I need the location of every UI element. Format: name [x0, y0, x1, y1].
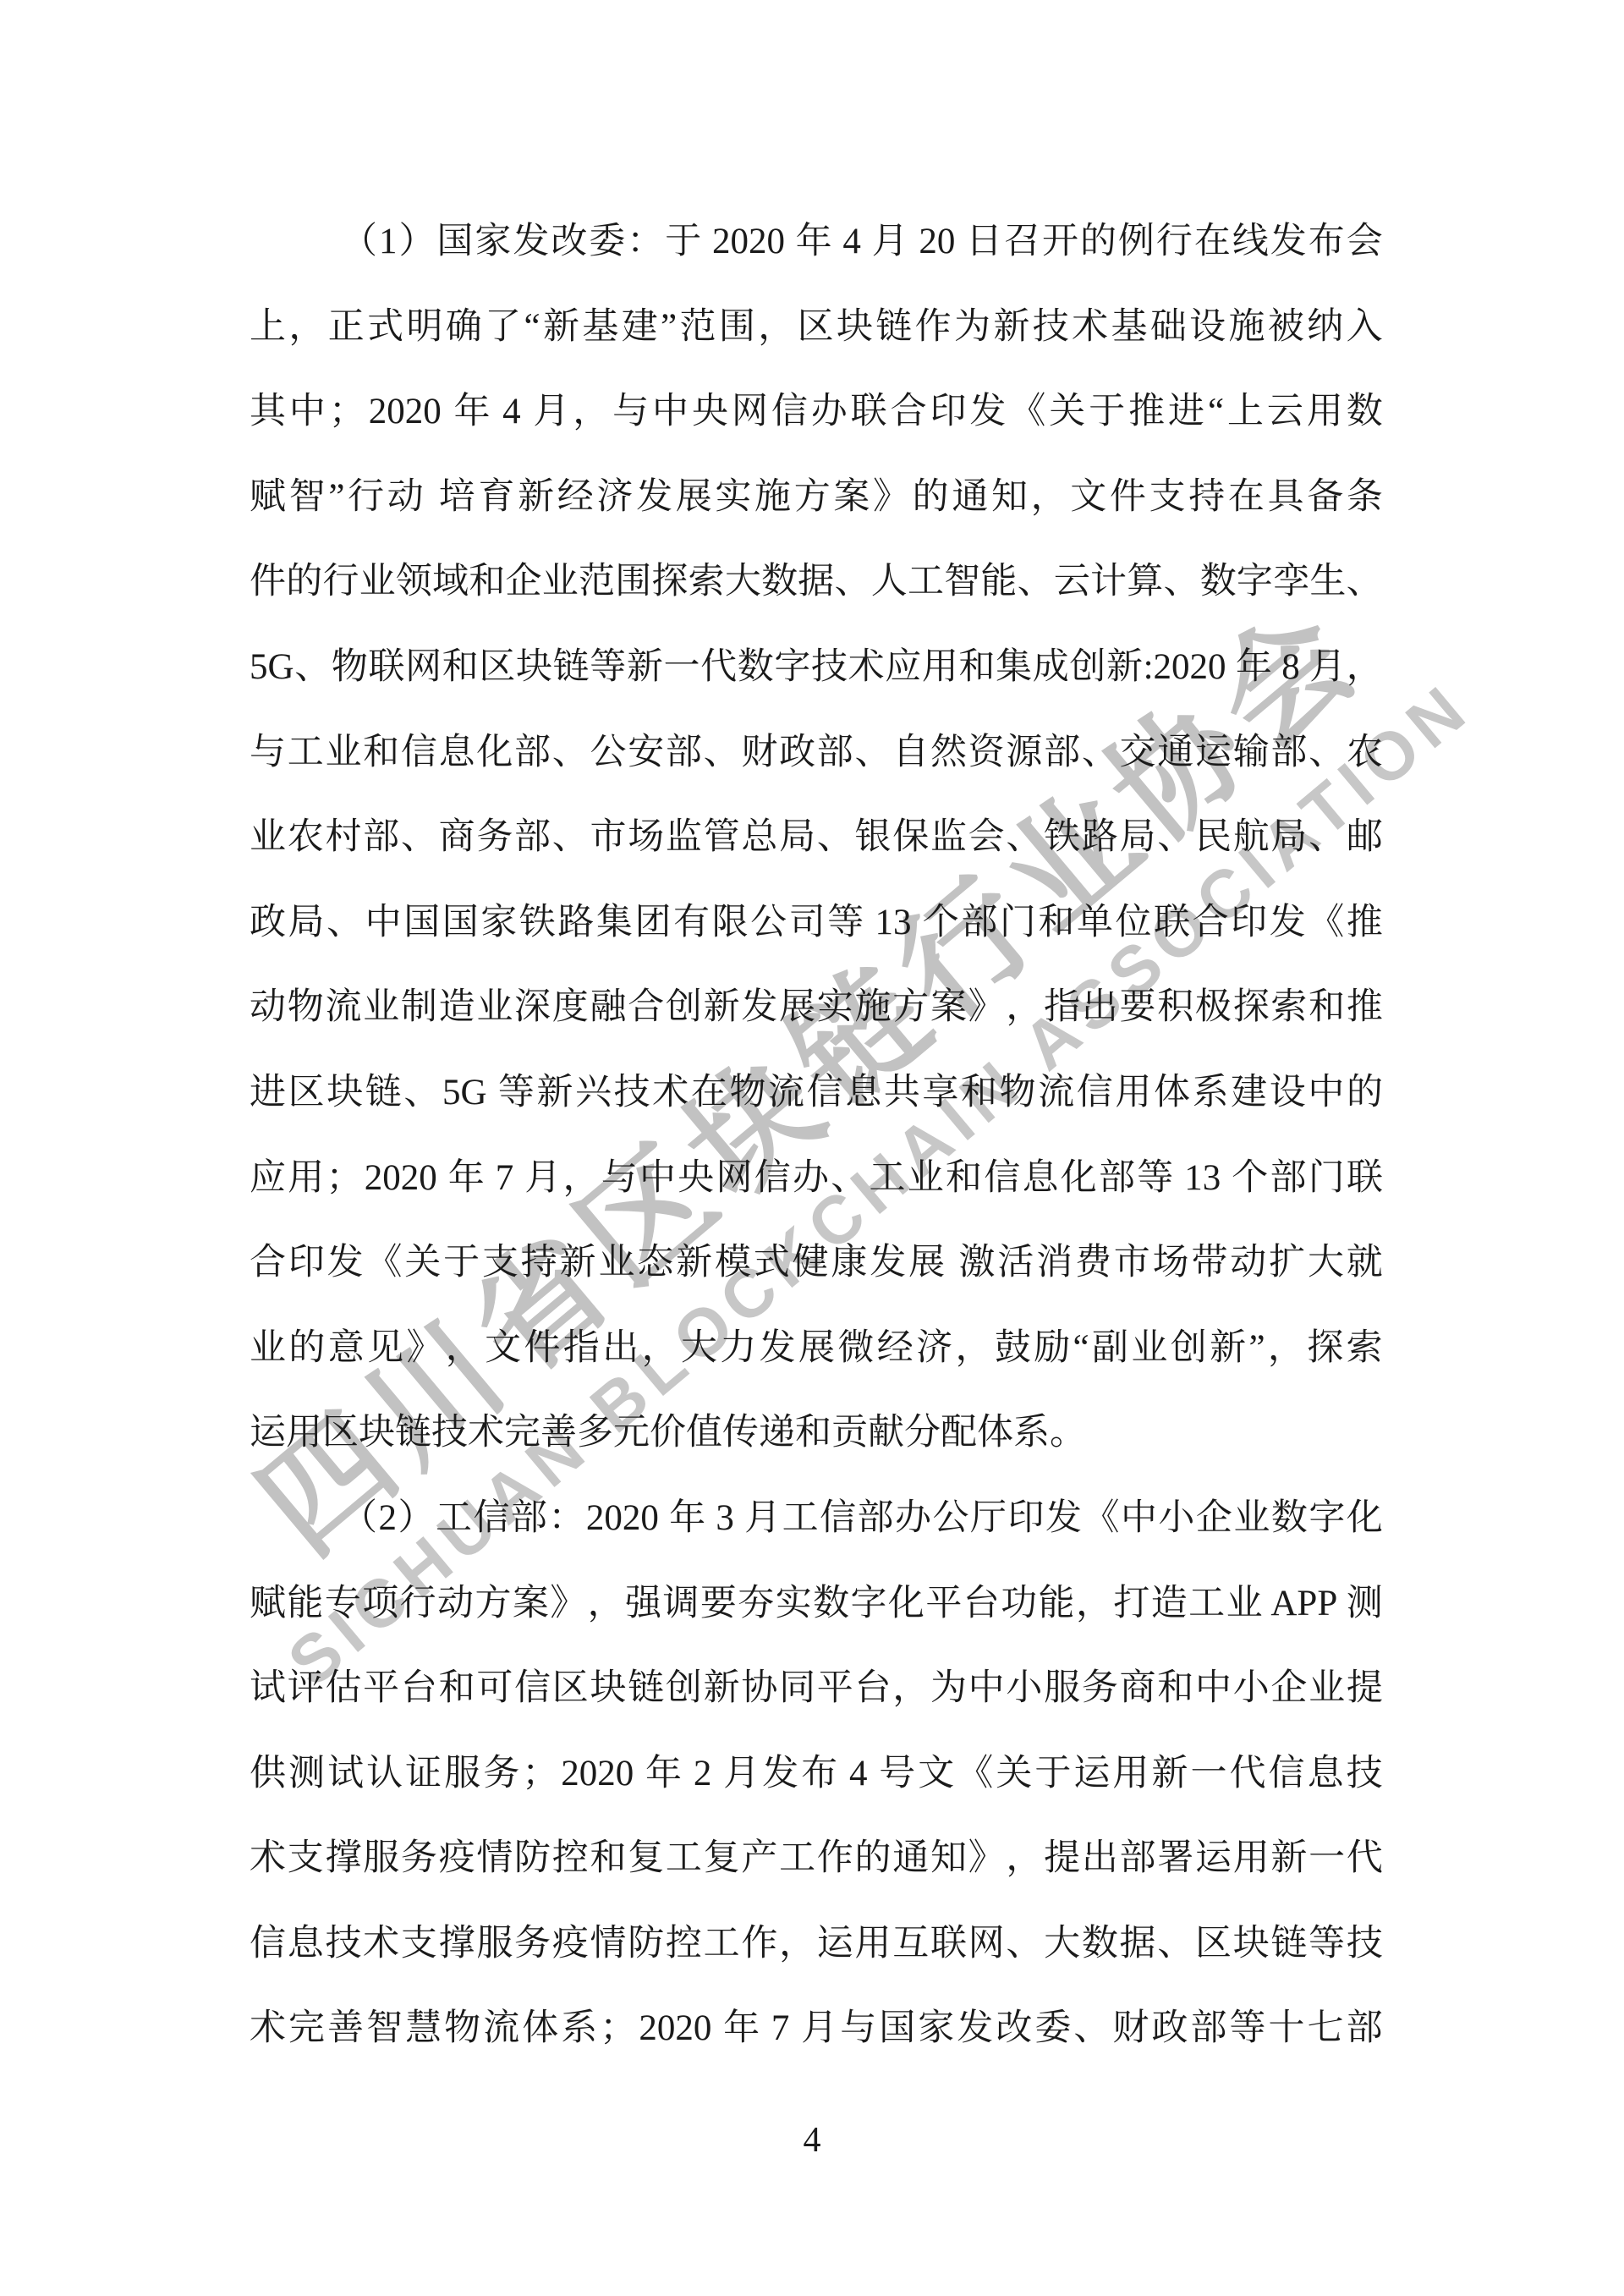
body-line: 上，正式明确了“新基建”范围，区块链作为新技术基础设施被纳入 [250, 285, 1383, 371]
body-line: 合印发《关于支持新业态新模式健康发展 激活消费市场带动扩大就 [250, 1221, 1383, 1306]
body-line: 术完善智慧物流体系；2020 年 7 月与国家发改委、财政部等十七部 [250, 1986, 1383, 2072]
page-number: 4 [0, 2120, 1624, 2161]
body-line: 赋能专项行动方案》，强调要夯实数字化平台功能，打造工业 APP 测 [250, 1562, 1383, 1647]
body-line: 信息技术支撑服务疫情防控工作，运用互联网、大数据、区块链等技 [250, 1902, 1383, 1987]
body-line: 与工业和信息化部、公安部、财政部、自然资源部、交通运输部、农 [250, 711, 1383, 796]
body-line: 运用区块链技术完善多元价值传递和贡献分配体系。 [250, 1391, 1383, 1476]
body-line: 术支撑服务疫情防控和复工复产工作的通知》，提出部署运用新一代 [250, 1816, 1383, 1902]
body-line: （1）国家发改委：于 2020 年 4 月 20 日召开的例行在线发布会 [250, 200, 1383, 285]
body-line: （2）工信部：2020 年 3 月工信部办公厅印发《中小企业数字化 [250, 1476, 1383, 1562]
body-line: 试评估平台和可信区块链创新协同平台，为中小服务商和中小企业提 [250, 1646, 1383, 1732]
body-line: 应用；2020 年 7 月，与中央网信办、工业和信息化部等 13 个部门联 [250, 1136, 1383, 1222]
body-line: 业的意见》，文件指出，大力发展微经济，鼓励“副业创新”，探索 [250, 1306, 1383, 1392]
body-line: 供测试认证服务；2020 年 2 月发布 4 号文《关于运用新一代信息技 [250, 1732, 1383, 1817]
document-body: （1）国家发改委：于 2020 年 4 月 20 日召开的例行在线发布会 上，正… [250, 200, 1383, 2072]
body-line: 其中；2020 年 4 月，与中央网信办联合印发《关于推进“上云用数 [250, 370, 1383, 455]
body-line: 件的行业领域和企业范围探索大数据、人工智能、云计算、数字孪生、 [250, 540, 1383, 625]
body-line: 业农村部、商务部、市场监管总局、银保监会、铁路局、民航局、邮 [250, 795, 1383, 881]
body-line: 动物流业制造业深度融合创新发展实施方案》，指出要积极探索和推 [250, 965, 1383, 1051]
body-line: 进区块链、5G 等新兴技术在物流信息共享和物流信用体系建设中的 [250, 1051, 1383, 1136]
body-line: 赋智”行动 培育新经济发展实施方案》的通知，文件支持在具备条 [250, 455, 1383, 541]
body-line: 5G、物联网和区块链等新一代数字技术应用和集成创新:2020 年 8 月， [250, 625, 1383, 711]
document-page: 四川省区块链行业协会 SICHUAN BLOCKCHAIN ASSOCIATIO… [0, 0, 1624, 2296]
body-line: 政局、中国国家铁路集团有限公司等 13 个部门和单位联合印发《推 [250, 881, 1383, 966]
